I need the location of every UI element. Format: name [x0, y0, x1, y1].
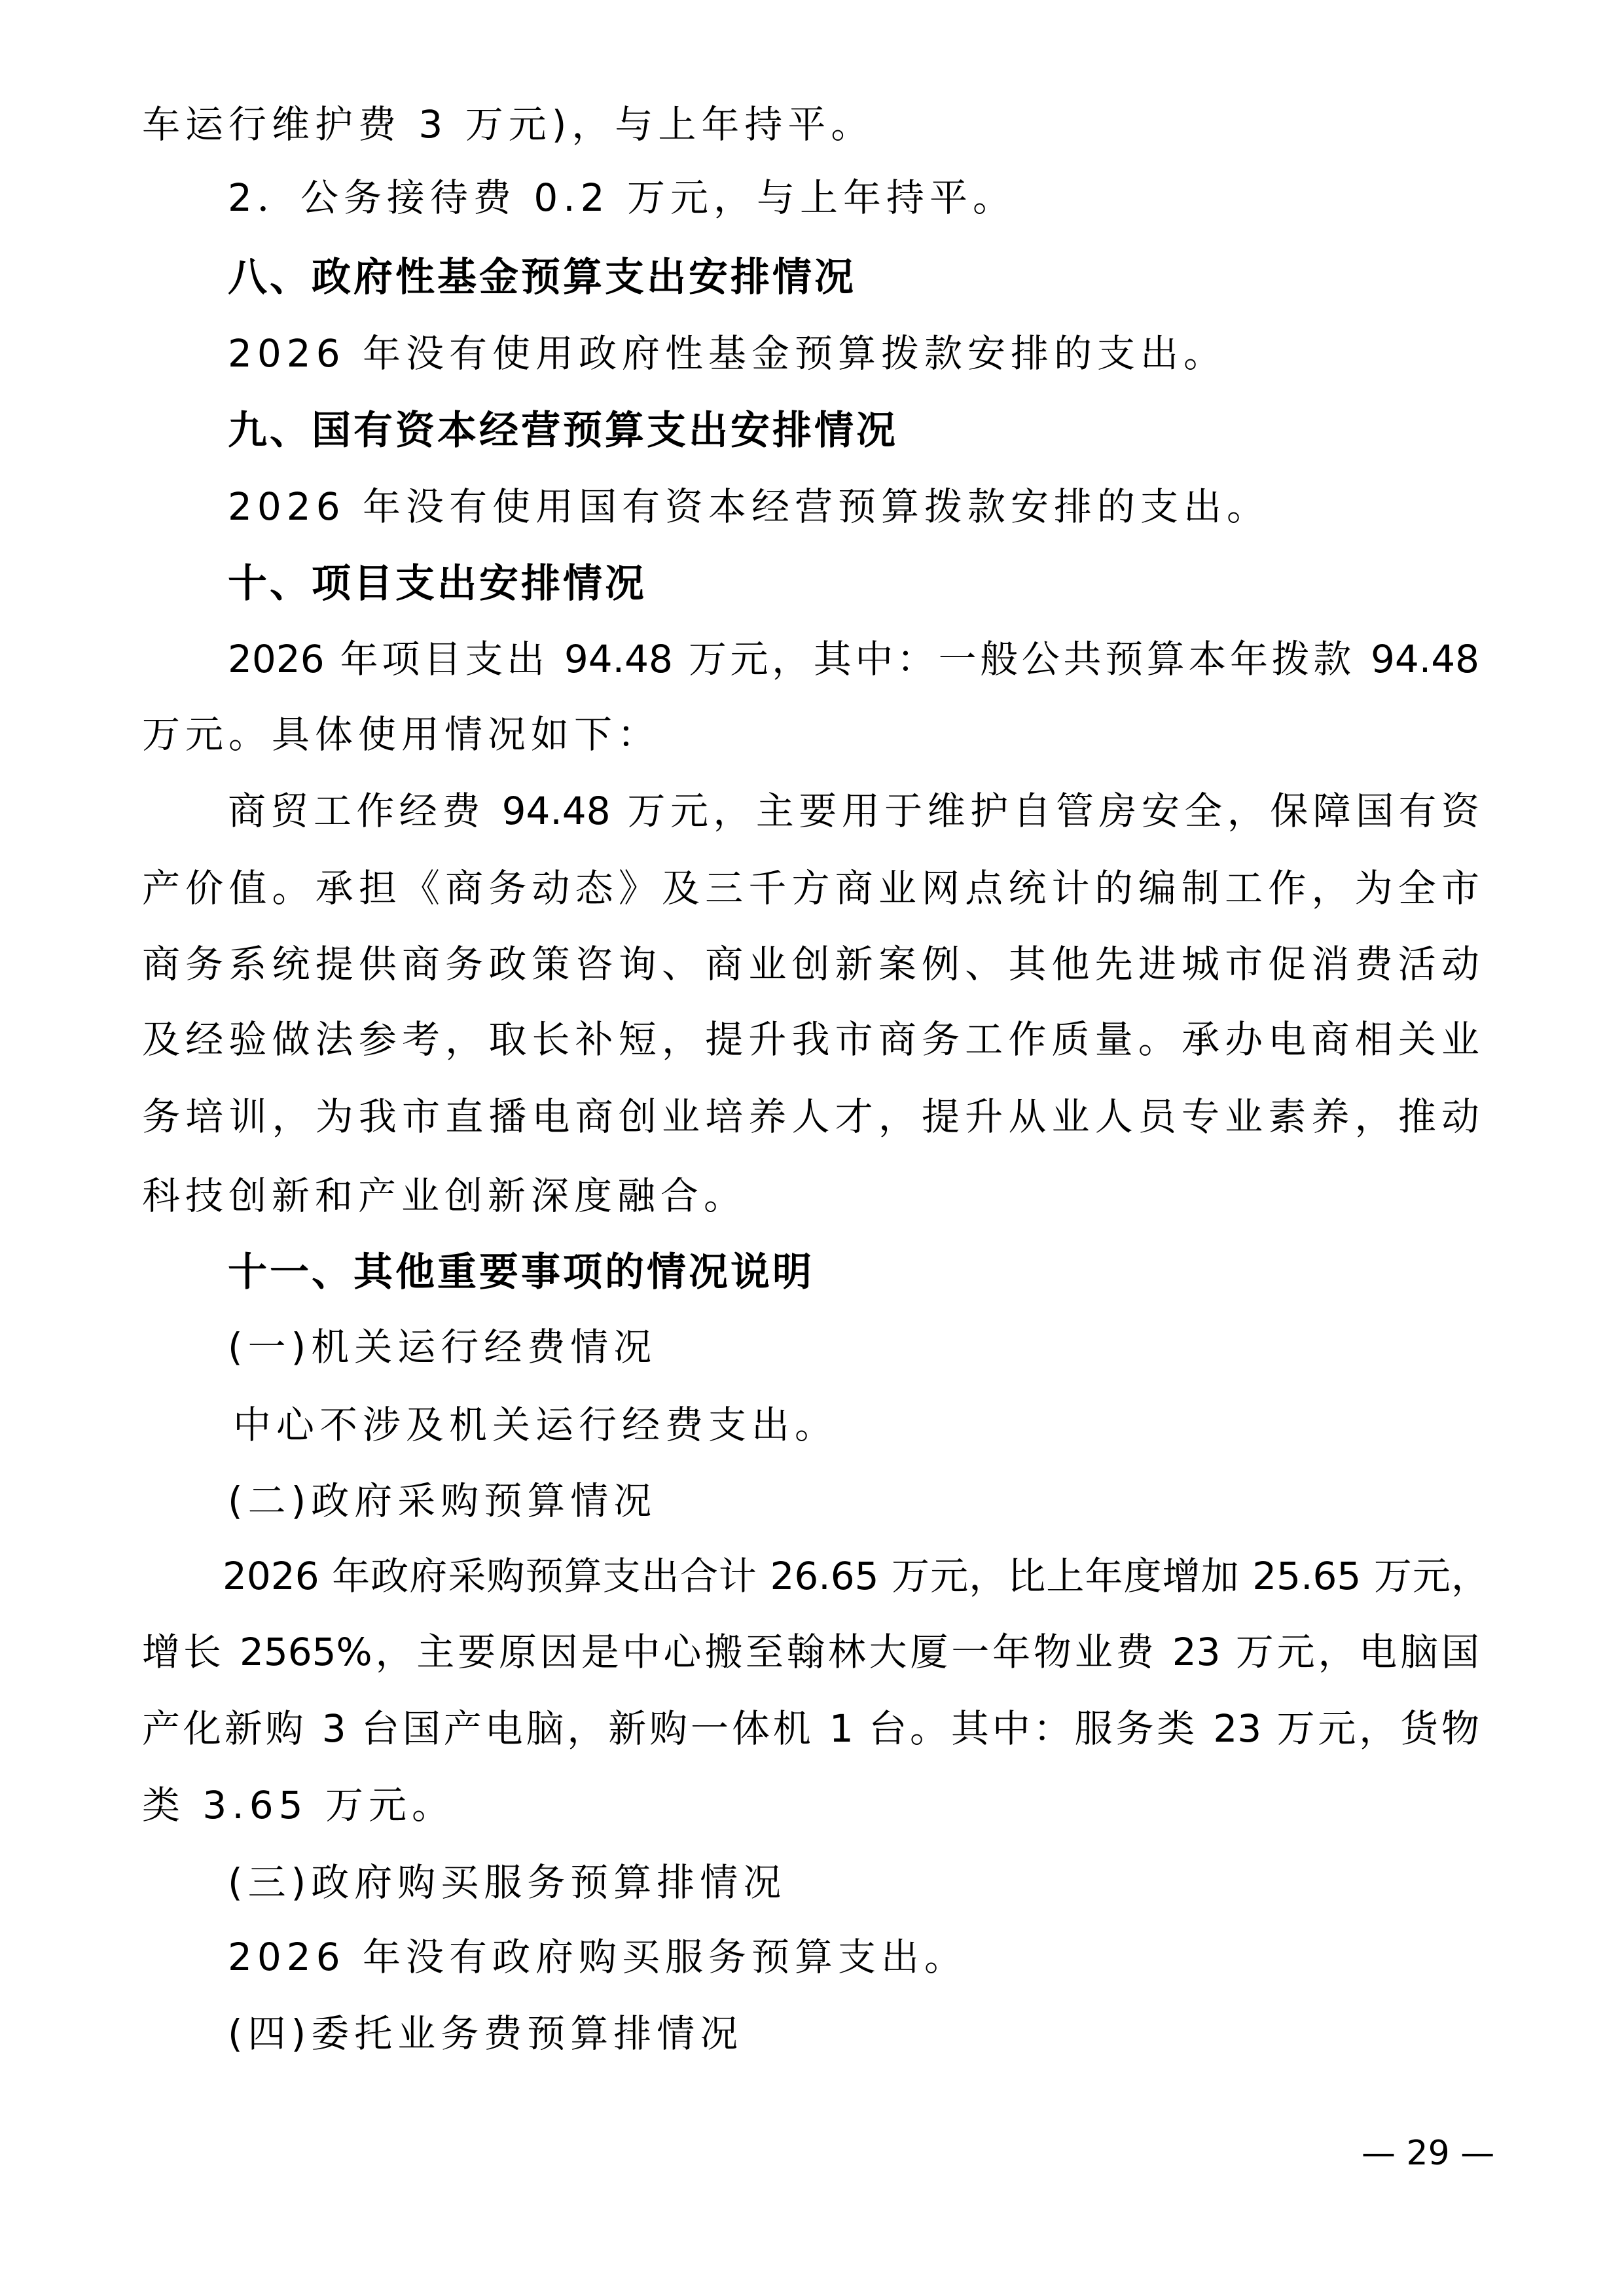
paragraph-trade-fund-line-3: 商务系统提供商务政策咨询、商业创新案例、其他先进城市促消费活动 [142, 926, 1479, 1003]
document-page: 车运行维护费 3 万元)，与上年持平。 2．公务接待费 0.2 万元，与上年持平… [0, 0, 1624, 2296]
paragraph-trade-fund-line-5: 务培训，为我市直播电商创业培养人才，提升从业人员专业素养，推动 [142, 1079, 1479, 1155]
paragraph-reception-fee: 2．公务接待费 0.2 万元，与上年持平。 [228, 160, 1479, 236]
subheading-3-purchased-services: (三)政府购买服务预算排情况 [228, 1844, 1479, 1921]
paragraph-trade-fund-line-4: 及经验做法参考，取长补短，提升我市商务工作质量。承办电商相关业 [142, 1001, 1479, 1078]
paragraph-trade-fund-line-1: 商贸工作经费 94.48 万元，主要用于维护自管房安全，保障国有资 [228, 773, 1479, 850]
paragraph-gov-fund: 2026 年没有使用政府性基金预算拨款安排的支出。 [228, 315, 1479, 392]
subheading-1-operating-costs: (一)机关运行经费情况 [228, 1309, 1479, 1386]
paragraph-operating-costs: 中心不涉及机关运行经费支出。 [233, 1387, 1570, 1463]
paragraph-project-spending-line-1: 2026 年项目支出 94.48 万元，其中：一般公共预算本年拨款 94.48 [228, 621, 1479, 698]
paragraph-trade-fund-line-6: 科技创新和产业创新深度融合。 [142, 1158, 1479, 1234]
paragraph-procurement-line-1: 2026 年政府采购预算支出合计 26.65 万元，比上年度增加 25.65 万… [223, 1538, 1489, 1615]
subheading-4-entrusted-business: (四)委托业务费预算排情况 [228, 1996, 1479, 2072]
section-heading-10: 十、项目支出安排情况 [228, 546, 1479, 622]
page-number: — 29 — [1362, 2130, 1492, 2176]
paragraph-project-spending-line-2: 万元。具体使用情况如下： [142, 696, 1479, 773]
section-heading-11: 十一、其他重要事项的情况说明 [228, 1234, 1479, 1311]
paragraph-procurement-line-3: 产化新购 3 台国产电脑，新购一体机 1 台。其中：服务类 23 万元，货物 [142, 1691, 1479, 1767]
paragraph-trade-fund-line-2: 产价值。承担《商务动态》及三千方商业网点统计的编制工作，为全市 [142, 850, 1479, 927]
section-heading-8: 八、政府性基金预算支出安排情况 [228, 240, 1479, 316]
paragraph-procurement-line-4: 类 3.65 万元。 [142, 1767, 1479, 1844]
paragraph-procurement-line-2: 增长 2565%，主要原因是中心搬至翰林大厦一年物业费 23 万元，电脑国 [142, 1614, 1479, 1691]
paragraph-state-capital: 2026 年没有使用国有资本经营预算拨款安排的支出。 [228, 469, 1479, 545]
subheading-2-procurement: (二)政府采购预算情况 [228, 1463, 1479, 1539]
section-heading-9: 九、国有资本经营预算支出安排情况 [228, 393, 1479, 469]
paragraph-purchased-services: 2026 年没有政府购买服务预算支出。 [228, 1919, 1479, 1996]
paragraph-line-vehicle-maintenance: 车运行维护费 3 万元)，与上年持平。 [142, 86, 1479, 163]
